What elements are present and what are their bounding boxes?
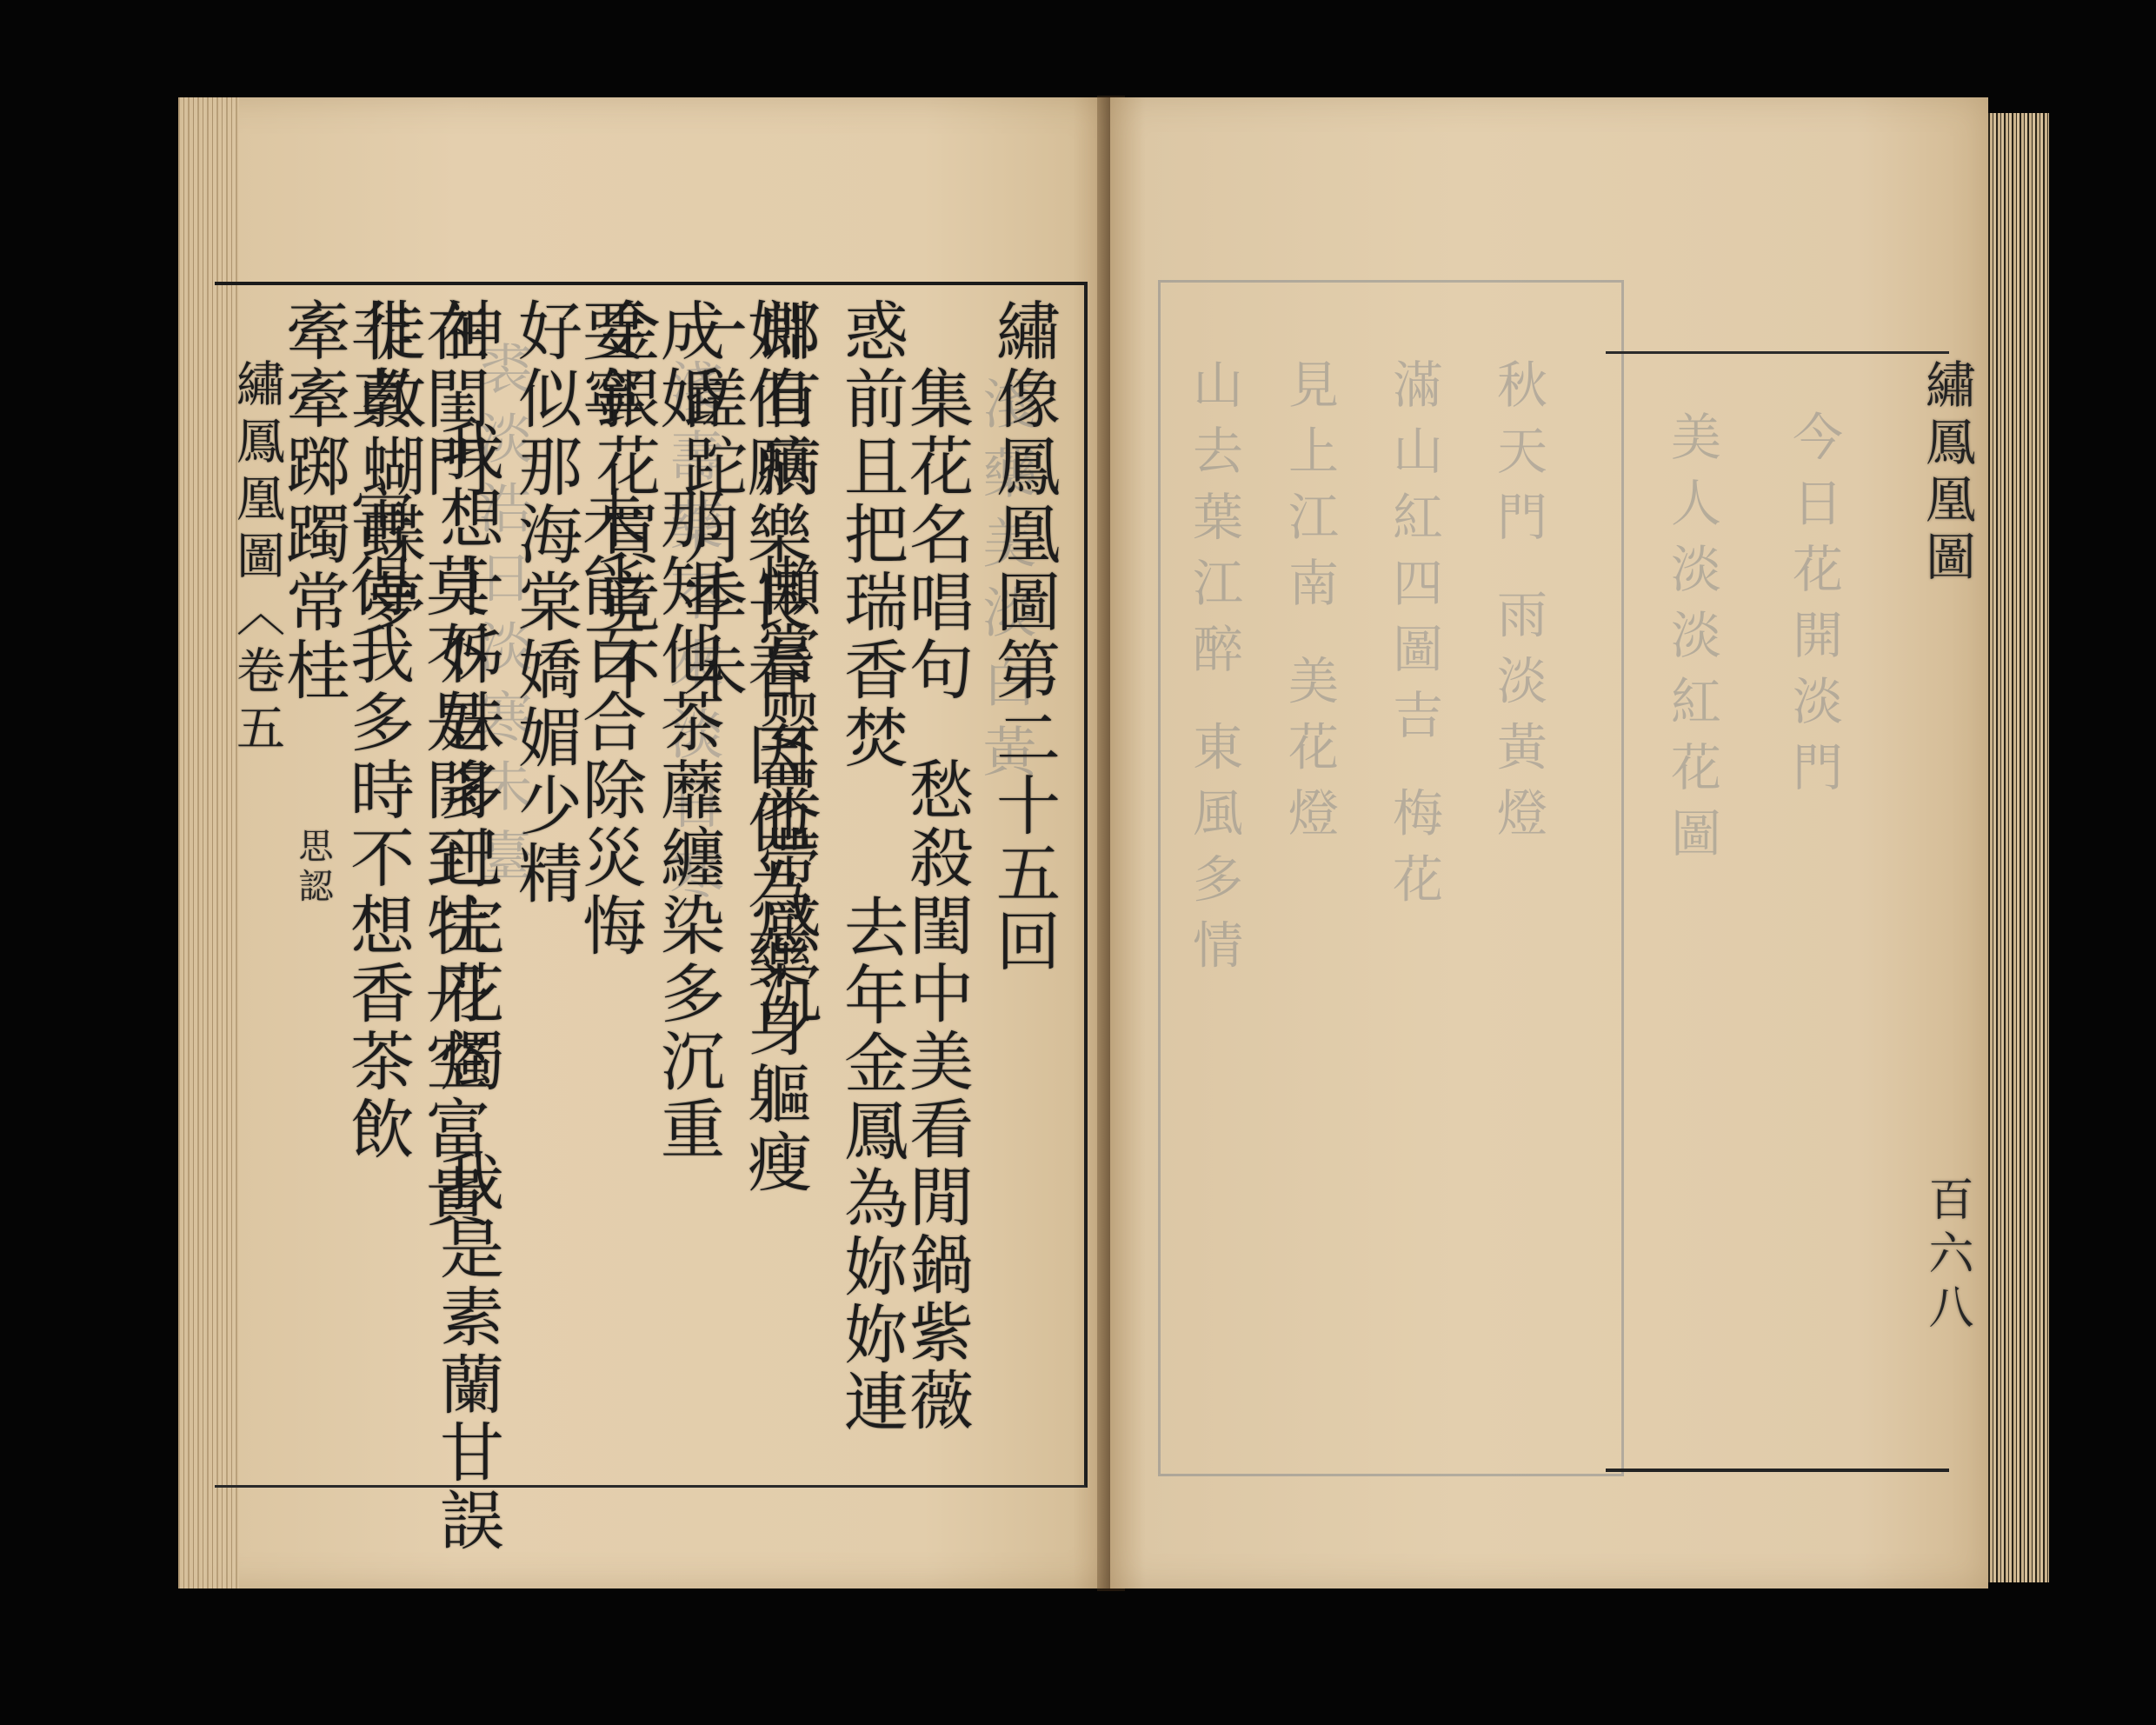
text-column-2: 惑集花名唱句愁殺閨中美看閒鍋紫薇 [904, 297, 968, 1435]
chapter-title: 繡像鳳凰圖第二十五回 [991, 297, 1055, 976]
song-subtitle: 集花名唱句 [904, 365, 968, 704]
text-column-7: 要寧未能百合除災悔好似那海棠嬌媚少精 [513, 297, 642, 1588]
center-column-title: 繡鳳凰圖〈卷五 [232, 358, 281, 760]
text-column-10: 非真害得我多時不想香茶飲牽牽踯躅常桂 [281, 297, 409, 1588]
book-spread: 裘淡浩日淡寒未臺 淺壽藥不來淡日寒 淺藥美淡白黃 繡鳳凰圖〈卷五 思認 繡像鳳凰… [0, 0, 2156, 1725]
right-page: 山去葉江醉 東風多情 見上江南 美花燈 滿山紅四圖吉 梅花 秋天門 雨淡黃燈 美… [1110, 97, 1988, 1588]
volume-label: 卷五 [232, 645, 281, 760]
text-column-3: 惑前且把瑞香焚去年金鳳為妳妳連 [839, 297, 903, 1436]
center-title: 繡鳳凰圖 [232, 358, 281, 588]
right-margin-title: 繡鳳凰圖 [1910, 358, 1983, 588]
bleed-through-frame [1158, 280, 1624, 1476]
right-text-frame [1606, 351, 1949, 1472]
left-page: 裘淡浩日淡寒未臺 淺壽藥不來淡日寒 淺藥美淡白黃 繡鳳凰圖〈卷五 思認 繡像鳳凰… [178, 97, 1110, 1588]
fishtail-mark: 〈 [232, 588, 281, 645]
page-number: 百六八 [1914, 1176, 1980, 1337]
fore-edge-pages [1988, 113, 2049, 1582]
